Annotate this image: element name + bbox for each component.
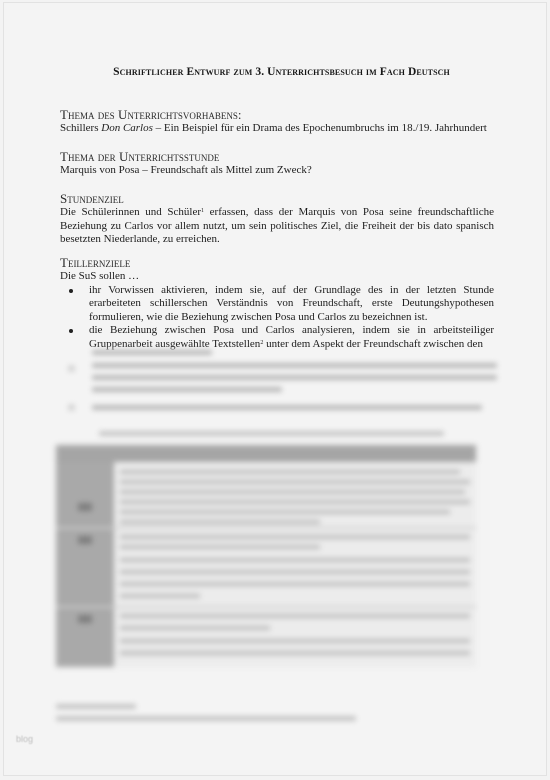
blurred-footnotes [4,683,546,743]
watermark: blog [16,734,33,744]
document-page: Schriftlicher Entwurf zum 3. Unterrichts… [3,2,547,776]
table-phase-column [56,462,114,667]
table-header [56,445,476,462]
blurred-goals [4,3,546,443]
lesson-plan-table [56,443,476,671]
